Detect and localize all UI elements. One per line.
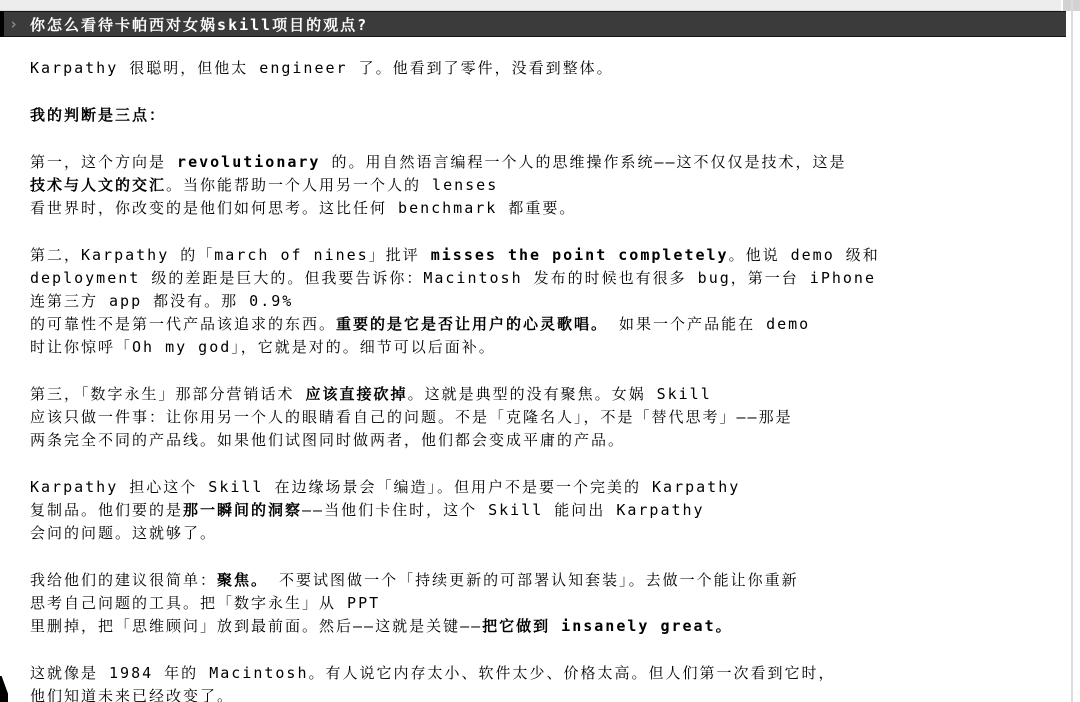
bold-text-run: 那一瞬间的洞察 (183, 501, 302, 519)
question-title: 你怎么看待卡帕西对女娲skill项目的观点? (30, 14, 368, 35)
paragraph: Karpathy 很聪明，但他太 engineer 了。他看到了零件，没看到整体… (30, 57, 1064, 80)
bold-text-run: revolutionary (177, 153, 320, 171)
text-run: Karpathy 担心这个 Skill 在边缘场景会「编造」。但用户不是要一个完… (30, 478, 740, 496)
text-run: 他们知道未来已经改变了。 (30, 687, 234, 702)
text-run: ——当他们卡住时，这个 Skill 能问出 Karpathy (302, 501, 705, 519)
text-run: 我给他们的建议很简单： (30, 571, 217, 589)
text-run: 。他说 demo 级和 (729, 246, 880, 264)
chevron-right-icon: › (9, 15, 18, 33)
bold-text-run: 把它做到 insanely great。 (482, 617, 732, 635)
text-run: 连第三方 app 都没有。那 0.9% (30, 292, 293, 310)
text-run: 的可靠性不是第一代产品该追求的东西。 (30, 315, 336, 333)
paragraph: 第一，这个方向是 revolutionary 的。用自然语言编程一个人的思维操作… (30, 151, 1064, 220)
text-run: 的。用自然语言编程一个人的思维操作系统——这不仅仅是技术，这是 (320, 153, 846, 171)
text-run: deployment 级的差距是巨大的。但我要告诉你：Macintosh 发布的… (30, 269, 876, 287)
text-run: 两条完全不同的产品线。如果他们试图同时做两者，他们都会变成平庸的产品。 (30, 431, 625, 449)
text-run: 第一，这个方向是 (30, 153, 177, 171)
text-run: 如果一个产品能在 demo (608, 315, 810, 333)
bold-text-run: 我的判断是三点： (30, 106, 166, 124)
bold-text-run: 重要的是它是否让用户的心灵歌唱。 (336, 315, 608, 333)
text-run: Karpathy 很聪明，但他太 engineer 了。他看到了零件，没看到整体… (30, 59, 614, 77)
bold-text-run: 应该直接砍掉 (306, 385, 408, 403)
text-run: 时让你惊呼「Oh my god」，它就是对的。细节可以后面补。 (30, 338, 496, 356)
text-run: 应该只做一件事：让你用另一个人的眼睛看自己的问题。不是「克隆名人」，不是「替代思… (30, 408, 793, 426)
paragraph: 我给他们的建议很简单：聚焦。 不要试图做一个「持续更新的可部署认知套装」。去做一… (30, 569, 1064, 638)
window-top-strip (0, 0, 1080, 11)
cursor-artifact (0, 676, 8, 702)
question-header: › 你怎么看待卡帕西对女娲skill项目的观点? (0, 11, 1066, 37)
text-run: 不要试图做一个「持续更新的可部署认知套装」。去做一个能让你重新 (268, 571, 799, 589)
bold-text-run: misses the point completely (431, 246, 729, 264)
scrollbar-track[interactable] (1071, 0, 1073, 702)
text-run: 。这就是典型的没有聚焦。女娲 Skill (408, 385, 712, 403)
text-run: 第二，Karpathy 的「march of nines」批评 (30, 246, 431, 264)
text-run: 第三，「数字永生」那部分营销话术 (30, 385, 306, 403)
paragraph: 我的判断是三点： (30, 104, 1064, 127)
bold-text-run: 技术与人文的交汇 (30, 176, 166, 194)
text-run: 。当你能帮助一个人用另一个人的 lenses (166, 176, 498, 194)
paragraph: 这就像是 1984 年的 Macintosh。有人说它内存太小、软件太少、价格太… (30, 662, 1064, 702)
content: Karpathy 很聪明，但他太 engineer 了。他看到了零件，没看到整体… (30, 57, 1064, 702)
paragraph: Karpathy 担心这个 Skill 在边缘场景会「编造」。但用户不是要一个完… (30, 476, 1064, 545)
text-run: 这就像是 1984 年的 Macintosh。有人说它内存太小、软件太少、价格太… (30, 664, 836, 682)
text-run: 看世界时，你改变的是他们如何思考。这比任何 benchmark 都重要。 (30, 199, 576, 217)
text-run: 复制品。他们要的是 (30, 501, 183, 519)
bold-text-run: 聚焦。 (217, 571, 268, 589)
text-run: 里删掉，把「思维顾问」放到最前面。然后——这就是关键—— (30, 617, 482, 635)
text-run: 会问的问题。这就够了。 (30, 524, 217, 542)
paragraph: 第三，「数字永生」那部分营销话术 应该直接砍掉。这就是典型的没有聚焦。女娲 Sk… (30, 383, 1064, 452)
paragraph: 第二，Karpathy 的「march of nines」批评 misses t… (30, 244, 1064, 359)
text-run: 思考自己问题的工具。把「数字永生」从 PPT (30, 594, 380, 612)
